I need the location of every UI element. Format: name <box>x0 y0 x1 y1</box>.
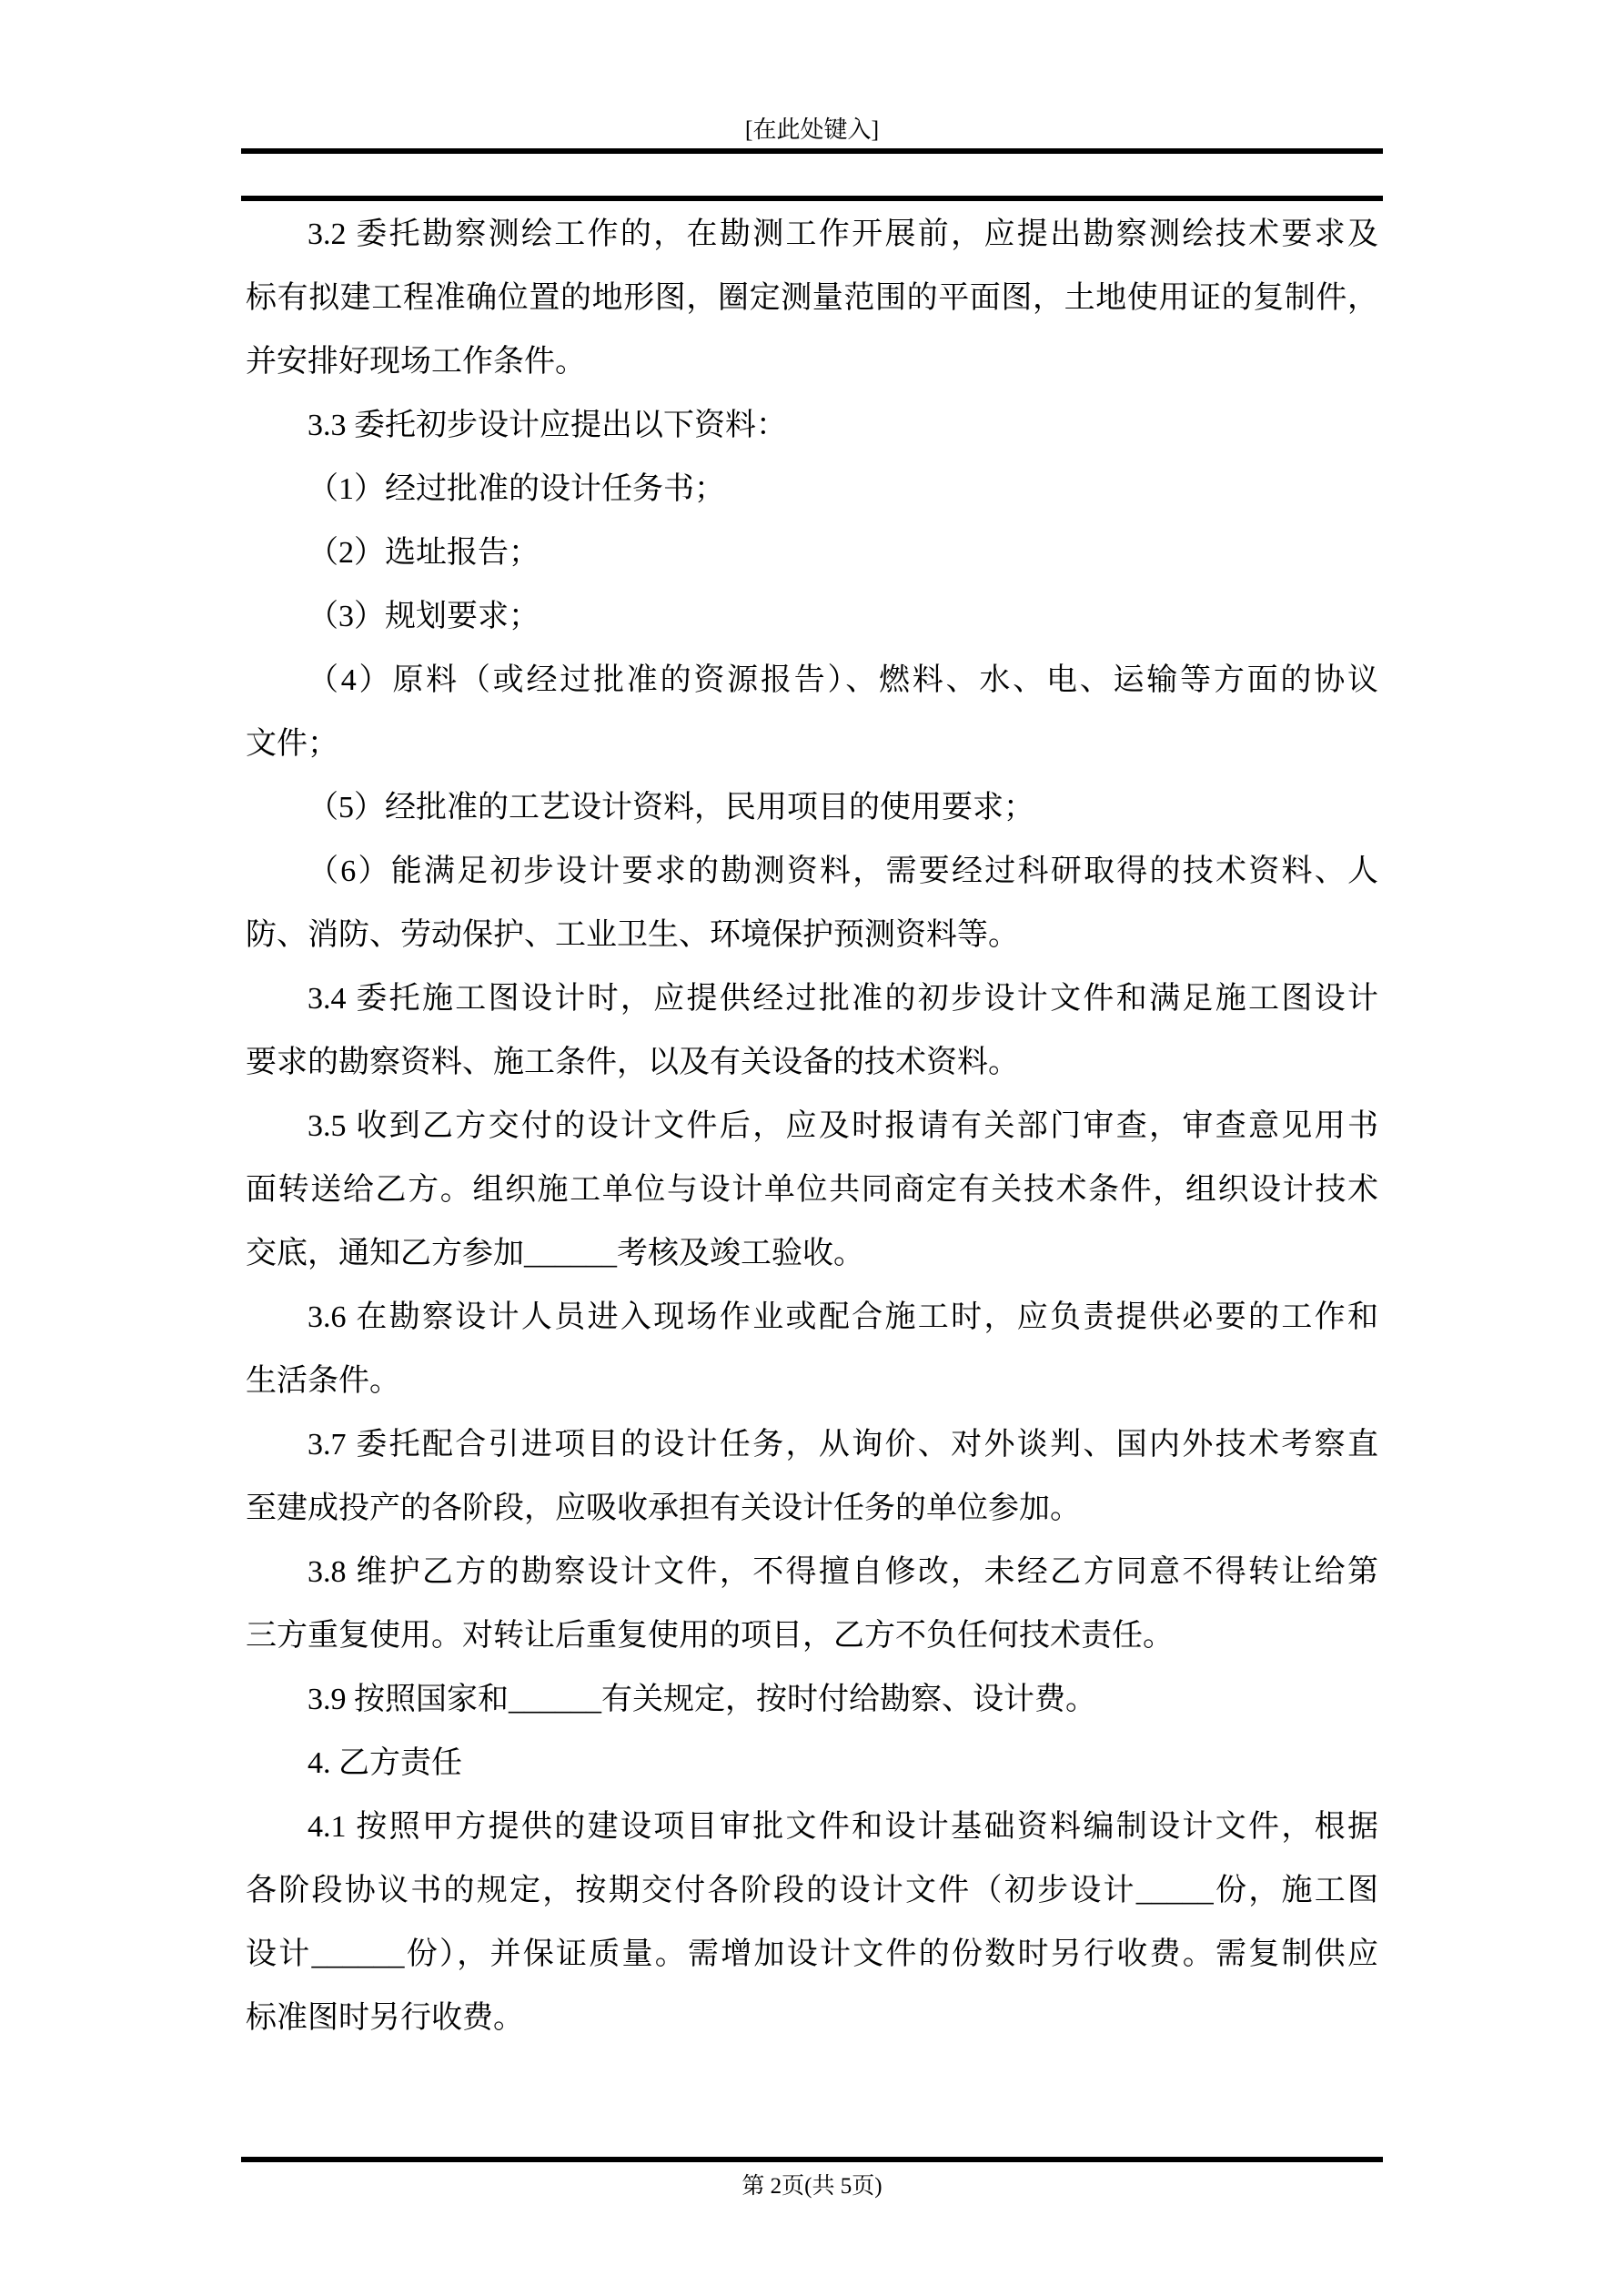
paragraph-line: 标有拟建工程准确位置的地形图，圈定测量范围的平面图，土地使用证的复制件， <box>246 267 1378 330</box>
paragraph-line: 面转送给乙方。组织施工单位与设计单位共同商定有关技术条件，组织设计技术 <box>246 1158 1378 1222</box>
paragraph-line: （6）能满足初步设计要求的勘测资料，需要经过科研取得的技术资料、人 <box>246 840 1378 904</box>
paragraph-line: 并安排好现场工作条件。 <box>246 330 1378 394</box>
paragraph-line: 3.2 委托勘察测绘工作的，在勘测工作开展前，应提出勘察测绘技术要求及 <box>246 203 1378 267</box>
paragraph-line: 3.4 委托施工图设计时，应提供经过批准的初步设计文件和满足施工图设计 <box>246 967 1378 1031</box>
paragraph-line: 4.1 按照甲方提供的建设项目审批文件和设计基础资料编制设计文件，根据 <box>246 1795 1378 1859</box>
header-placeholder[interactable]: [在此处键入] <box>745 116 879 143</box>
paragraph-line: 要求的勘察资料、施工条件，以及有关设备的技术资料。 <box>246 1031 1378 1095</box>
page-header: [在此处键入] <box>246 115 1378 146</box>
paragraph-line: 3.9 按照国家和______有关规定，按时付给勘察、设计费。 <box>246 1668 1378 1732</box>
paragraph-line: 各阶段协议书的规定，按期交付各阶段的设计文件（初步设计_____份，施工图 <box>246 1859 1378 1923</box>
paragraph-line: （2）选址报告； <box>246 521 1378 585</box>
paragraph-line: 3.7 委托配合引进项目的设计任务，从询价、对外谈判、国内外技术考察直 <box>246 1413 1378 1477</box>
page-footer: 第 2页(共 5页) <box>246 2171 1378 2202</box>
paragraph-line: 3.3 委托初步设计应提出以下资料： <box>246 394 1378 458</box>
paragraph-line: （1）经过批准的设计任务书； <box>246 458 1378 521</box>
paragraph-line: 标准图时另行收费。 <box>246 1987 1378 2050</box>
paragraph-line: 3.6 在勘察设计人员进入现场作业或配合施工时，应负责提供必要的工作和 <box>246 1286 1378 1350</box>
paragraph-line: 文件； <box>246 713 1378 776</box>
paragraph-line: 防、消防、劳动保护、工业卫生、环境保护预测资料等。 <box>246 904 1378 967</box>
paragraph-line: 设计______份），并保证质量。需增加设计文件的份数时另行收费。需复制供应 <box>246 1923 1378 1987</box>
paragraph-line: 3.8 维护乙方的勘察设计文件，不得擅自修改，未经乙方同意不得转让给第 <box>246 1541 1378 1604</box>
paragraph-line: 至建成投产的各阶段，应吸收承担有关设计任务的单位参加。 <box>246 1477 1378 1541</box>
page-number: 第 2页(共 5页) <box>741 2174 882 2199</box>
paragraph-line: （5）经批准的工艺设计资料，民用项目的使用要求； <box>246 776 1378 840</box>
document-page: [在此处键入] 3.2 委托勘察测绘工作的，在勘测工作开展前，应提出勘察测绘技术… <box>0 0 1624 2296</box>
paragraph-line: （4）原料（或经过批准的资源报告）、燃料、水、电、运输等方面的协议 <box>246 649 1378 713</box>
paragraph-line: （3）规划要求； <box>246 585 1378 649</box>
paragraph-line: 3.5 收到乙方交付的设计文件后，应及时报请有关部门审查，审查意见用书 <box>246 1095 1378 1158</box>
paragraph-line: 4. 乙方责任 <box>246 1732 1378 1795</box>
paragraph-line: 交底，通知乙方参加______考核及竣工验收。 <box>246 1222 1378 1286</box>
header-rule-top <box>241 148 1383 154</box>
header-rule-bottom <box>241 196 1383 201</box>
document-body: 3.2 委托勘察测绘工作的，在勘测工作开展前，应提出勘察测绘技术要求及标有拟建工… <box>246 203 1378 2050</box>
paragraph-line: 三方重复使用。对转让后重复使用的项目，乙方不负任何技术责任。 <box>246 1604 1378 1668</box>
footer-rule <box>241 2157 1383 2162</box>
paragraph-line: 生活条件。 <box>246 1350 1378 1413</box>
